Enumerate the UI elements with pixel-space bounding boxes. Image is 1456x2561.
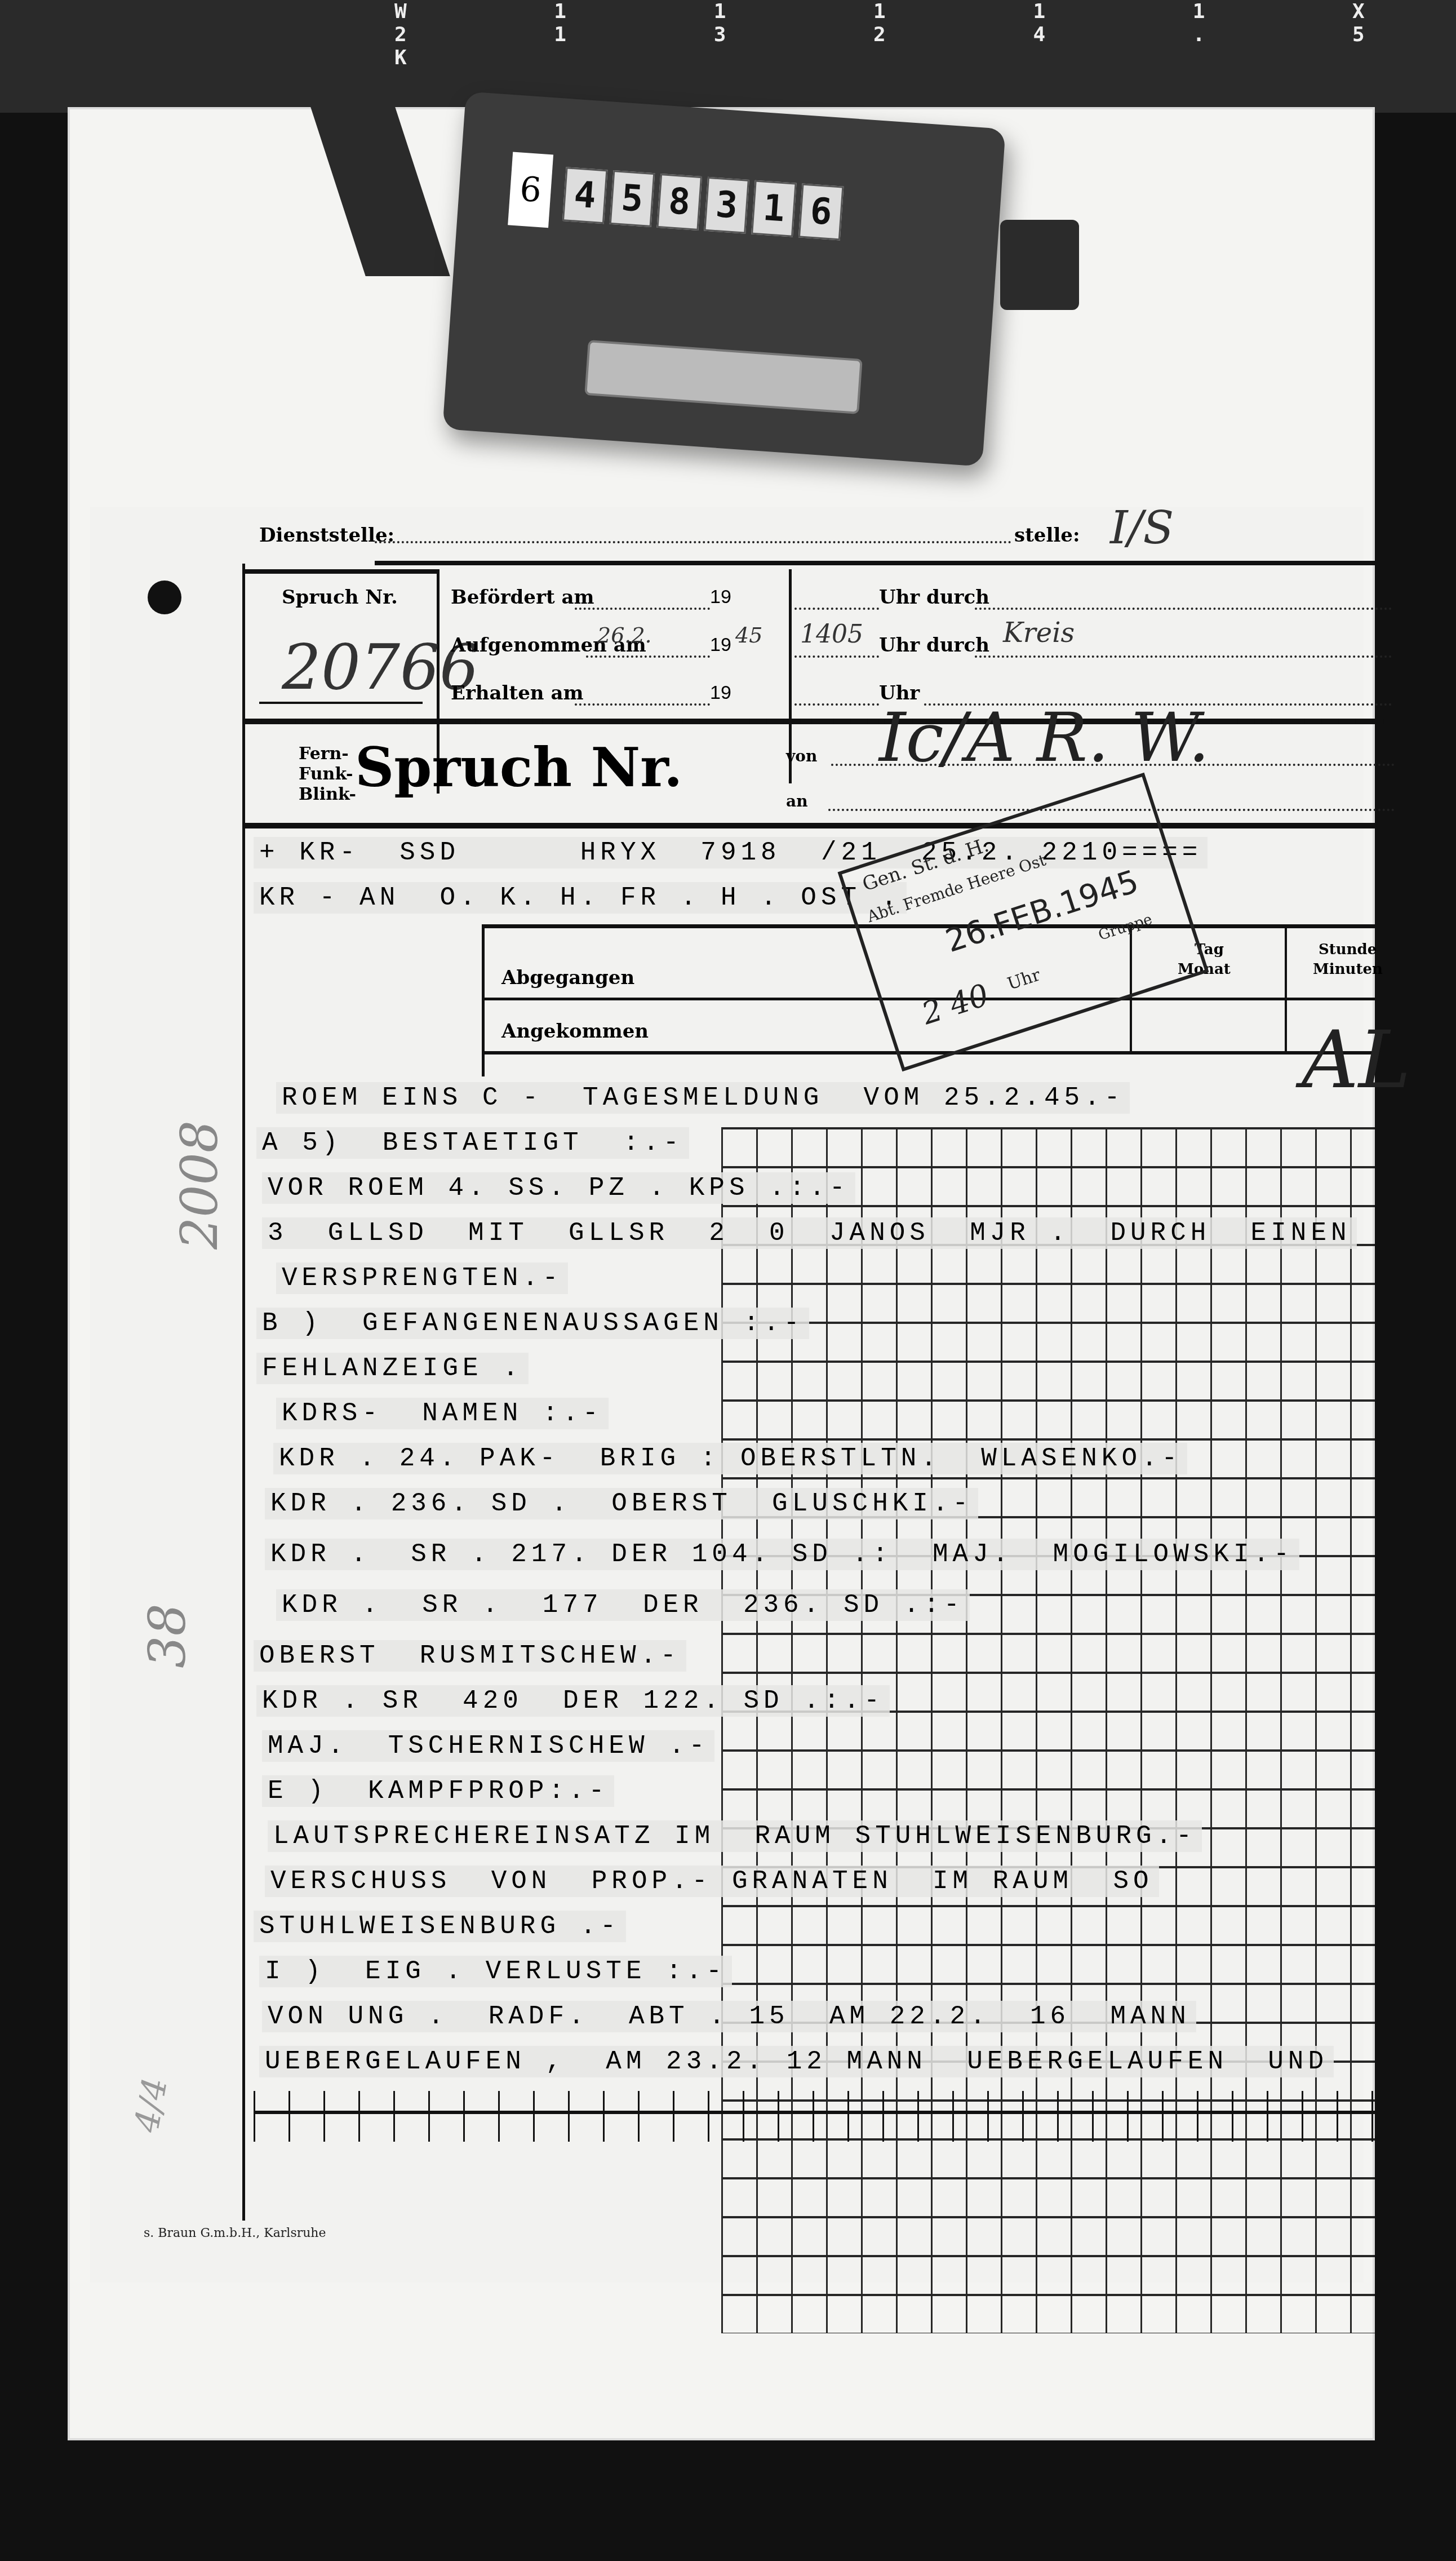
dienststelle-line xyxy=(375,541,1011,543)
aufgenommen-year: 19 xyxy=(710,634,731,656)
stunde-divider xyxy=(1285,924,1287,1054)
message-line: STUHLWEISENBURG .- xyxy=(254,1911,626,1942)
punch-hole xyxy=(148,581,181,614)
film-edge-characters: W 1 1 1 1 1 X 2 1 3 2 4 . 5 K xyxy=(394,0,1456,69)
message-line: KDRS- NAMEN :.- xyxy=(276,1398,609,1429)
an-label: an xyxy=(786,792,808,810)
spruch-form: Dienststelle: stelle: I/S Spruch Nr. 207… xyxy=(90,507,1364,2283)
stamp-time: 2 40 xyxy=(917,977,993,1031)
message-line: VERSPRENGTEN.- xyxy=(276,1262,568,1294)
dienststelle-label: Dienststelle: xyxy=(259,524,394,547)
message-line: FEHLANZEIGE . xyxy=(256,1353,529,1384)
aufgenommen-time-value: 1405 xyxy=(800,620,863,649)
spruch-title: Spruch Nr. xyxy=(355,735,682,799)
erhalten-label: Erhalten am xyxy=(451,682,583,705)
title-rule xyxy=(245,823,1400,828)
stamp-gruppe-label: Gruppe xyxy=(1097,911,1155,944)
aufgenommen-time-line xyxy=(794,655,879,658)
fern-funk-blink-label: Fern- Funk- Blink- xyxy=(299,744,356,805)
minuten-label: Minuten xyxy=(1313,961,1383,978)
message-line: LAUTSPRECHEREINSATZ IM RAUM STUHLWEISENB… xyxy=(268,1820,1202,1852)
erhalten-date-line xyxy=(575,703,710,706)
message-line: KDR . 236. SD . OBERST GLUSCHKI.- xyxy=(265,1488,978,1519)
frame-counter-device xyxy=(442,91,1006,467)
message-line: KDR . SR 420 DER 122. SD .:.- xyxy=(256,1685,890,1717)
stamp-uhr-label: Uhr xyxy=(1005,965,1043,994)
counter-digit: 4 xyxy=(562,167,608,224)
erhalten-time-line xyxy=(794,703,879,706)
aufgenommen-date-value: 26.2. xyxy=(597,623,652,648)
printer-imprint: s. Braun G.m.b.H., Karlsruhe xyxy=(144,2226,326,2240)
message-line: OBERST RUSMITSCHEW.- xyxy=(254,1640,686,1672)
aufgenommen-by-value: Kreis xyxy=(1003,617,1075,649)
aufgenommen-time-label: Uhr durch xyxy=(879,634,989,657)
von-label: von xyxy=(786,747,817,765)
stunde-label: Stunde xyxy=(1319,941,1377,958)
form-grid xyxy=(721,1127,1426,2333)
befoerdert-date-line xyxy=(575,608,710,610)
header-rule xyxy=(375,561,1400,565)
message-line: UEBERGELAUFEN , AM 23.2. 12 MANN UEBERGE… xyxy=(259,2046,1334,2077)
film-edge-strip: W 1 1 1 1 1 X 2 1 3 2 4 . 5 K xyxy=(0,0,1456,113)
stelle-label: stelle: xyxy=(1014,524,1080,547)
befoerdert-time-line xyxy=(794,608,879,610)
message-line: KDR . 24. PAK- BRIG : OBERSTLTN. WLASENK… xyxy=(273,1443,1187,1474)
erhalten-year: 19 xyxy=(710,682,731,704)
margin-note-mid: 38 xyxy=(138,1603,197,1668)
counter-prefix-card: 6 xyxy=(508,152,553,228)
counter-digit: 5 xyxy=(610,170,655,227)
abgegangen-label: Abgegangen xyxy=(501,967,634,989)
message-line: VERSCHUSS VON PROP.- GRANATEN IM RAUM SO xyxy=(265,1866,1159,1897)
message-line: E ) KAMPFPROP:.- xyxy=(262,1775,614,1807)
stelle-value: I/S xyxy=(1110,502,1174,554)
message-line: VOR ROEM 4. SS. PZ . KPS .:.- xyxy=(262,1172,855,1204)
bottom-rule xyxy=(254,2111,1386,2114)
befoerdert-label: Befördert am xyxy=(451,586,594,609)
aufgenommen-year-value: 45 xyxy=(735,623,762,648)
spruch-nr-value: 20766 xyxy=(282,631,479,703)
message-line: 3 GLLSD MIT GLLSR 2 0 JANOS MJR . DURCH … xyxy=(262,1217,1357,1249)
bottom-tick-row xyxy=(254,2091,1386,2142)
message-line: MAJ. TSCHERNISCHEW .- xyxy=(262,1730,714,1762)
counter-digit: 1 xyxy=(751,180,797,237)
initials-signature: AL xyxy=(1302,1014,1411,1106)
message-line: VON UNG . RADF. ABT . 15 AM 22.2. 16 MAN… xyxy=(262,2001,1196,2032)
message-line: KDR . SR . 177 DER 236. SD .:- xyxy=(276,1589,970,1621)
von-value-signature: Ic/A R. W. xyxy=(879,699,1210,777)
margin-note-lower: 4/4 xyxy=(127,2075,175,2135)
message-line: KDR . SR . 217. DER 104. SD .: MAJ. MOGI… xyxy=(265,1539,1299,1570)
teletype-header-line-2: KR - AN O. K. H. FR . H . OST . xyxy=(254,882,907,914)
aufgenommen-by-line xyxy=(975,655,1392,658)
dashed-separator xyxy=(245,719,1400,724)
counter-digit: 3 xyxy=(704,177,749,234)
message-line: A 5) BESTAETIGT :.- xyxy=(256,1127,689,1159)
counter-digit: 8 xyxy=(657,174,703,231)
form-left-border xyxy=(242,564,245,2221)
message-line: B ) GEFANGENENAUSSAGEN :.- xyxy=(256,1308,809,1339)
spruch-nr-label: Spruch Nr. xyxy=(282,586,398,609)
aufgenommen-date-line xyxy=(586,655,710,658)
angekommen-label: Angekommen xyxy=(501,1020,649,1043)
message-line: I ) EIG . VERLUSTE :.- xyxy=(259,1956,732,1987)
counter-digit: 6 xyxy=(798,184,844,241)
befoerdert-by-line xyxy=(975,608,1392,610)
margin-note-upper: 2008 xyxy=(170,1120,229,1250)
befoerdert-time-label: Uhr durch xyxy=(879,586,989,609)
counter-knob xyxy=(1000,220,1079,310)
befoerdert-year: 19 xyxy=(710,586,731,608)
spruch-nr-underline xyxy=(259,702,423,704)
message-line: ROEM EINS C - TAGESMELDUNG VOM 25.2.45.- xyxy=(276,1082,1130,1114)
